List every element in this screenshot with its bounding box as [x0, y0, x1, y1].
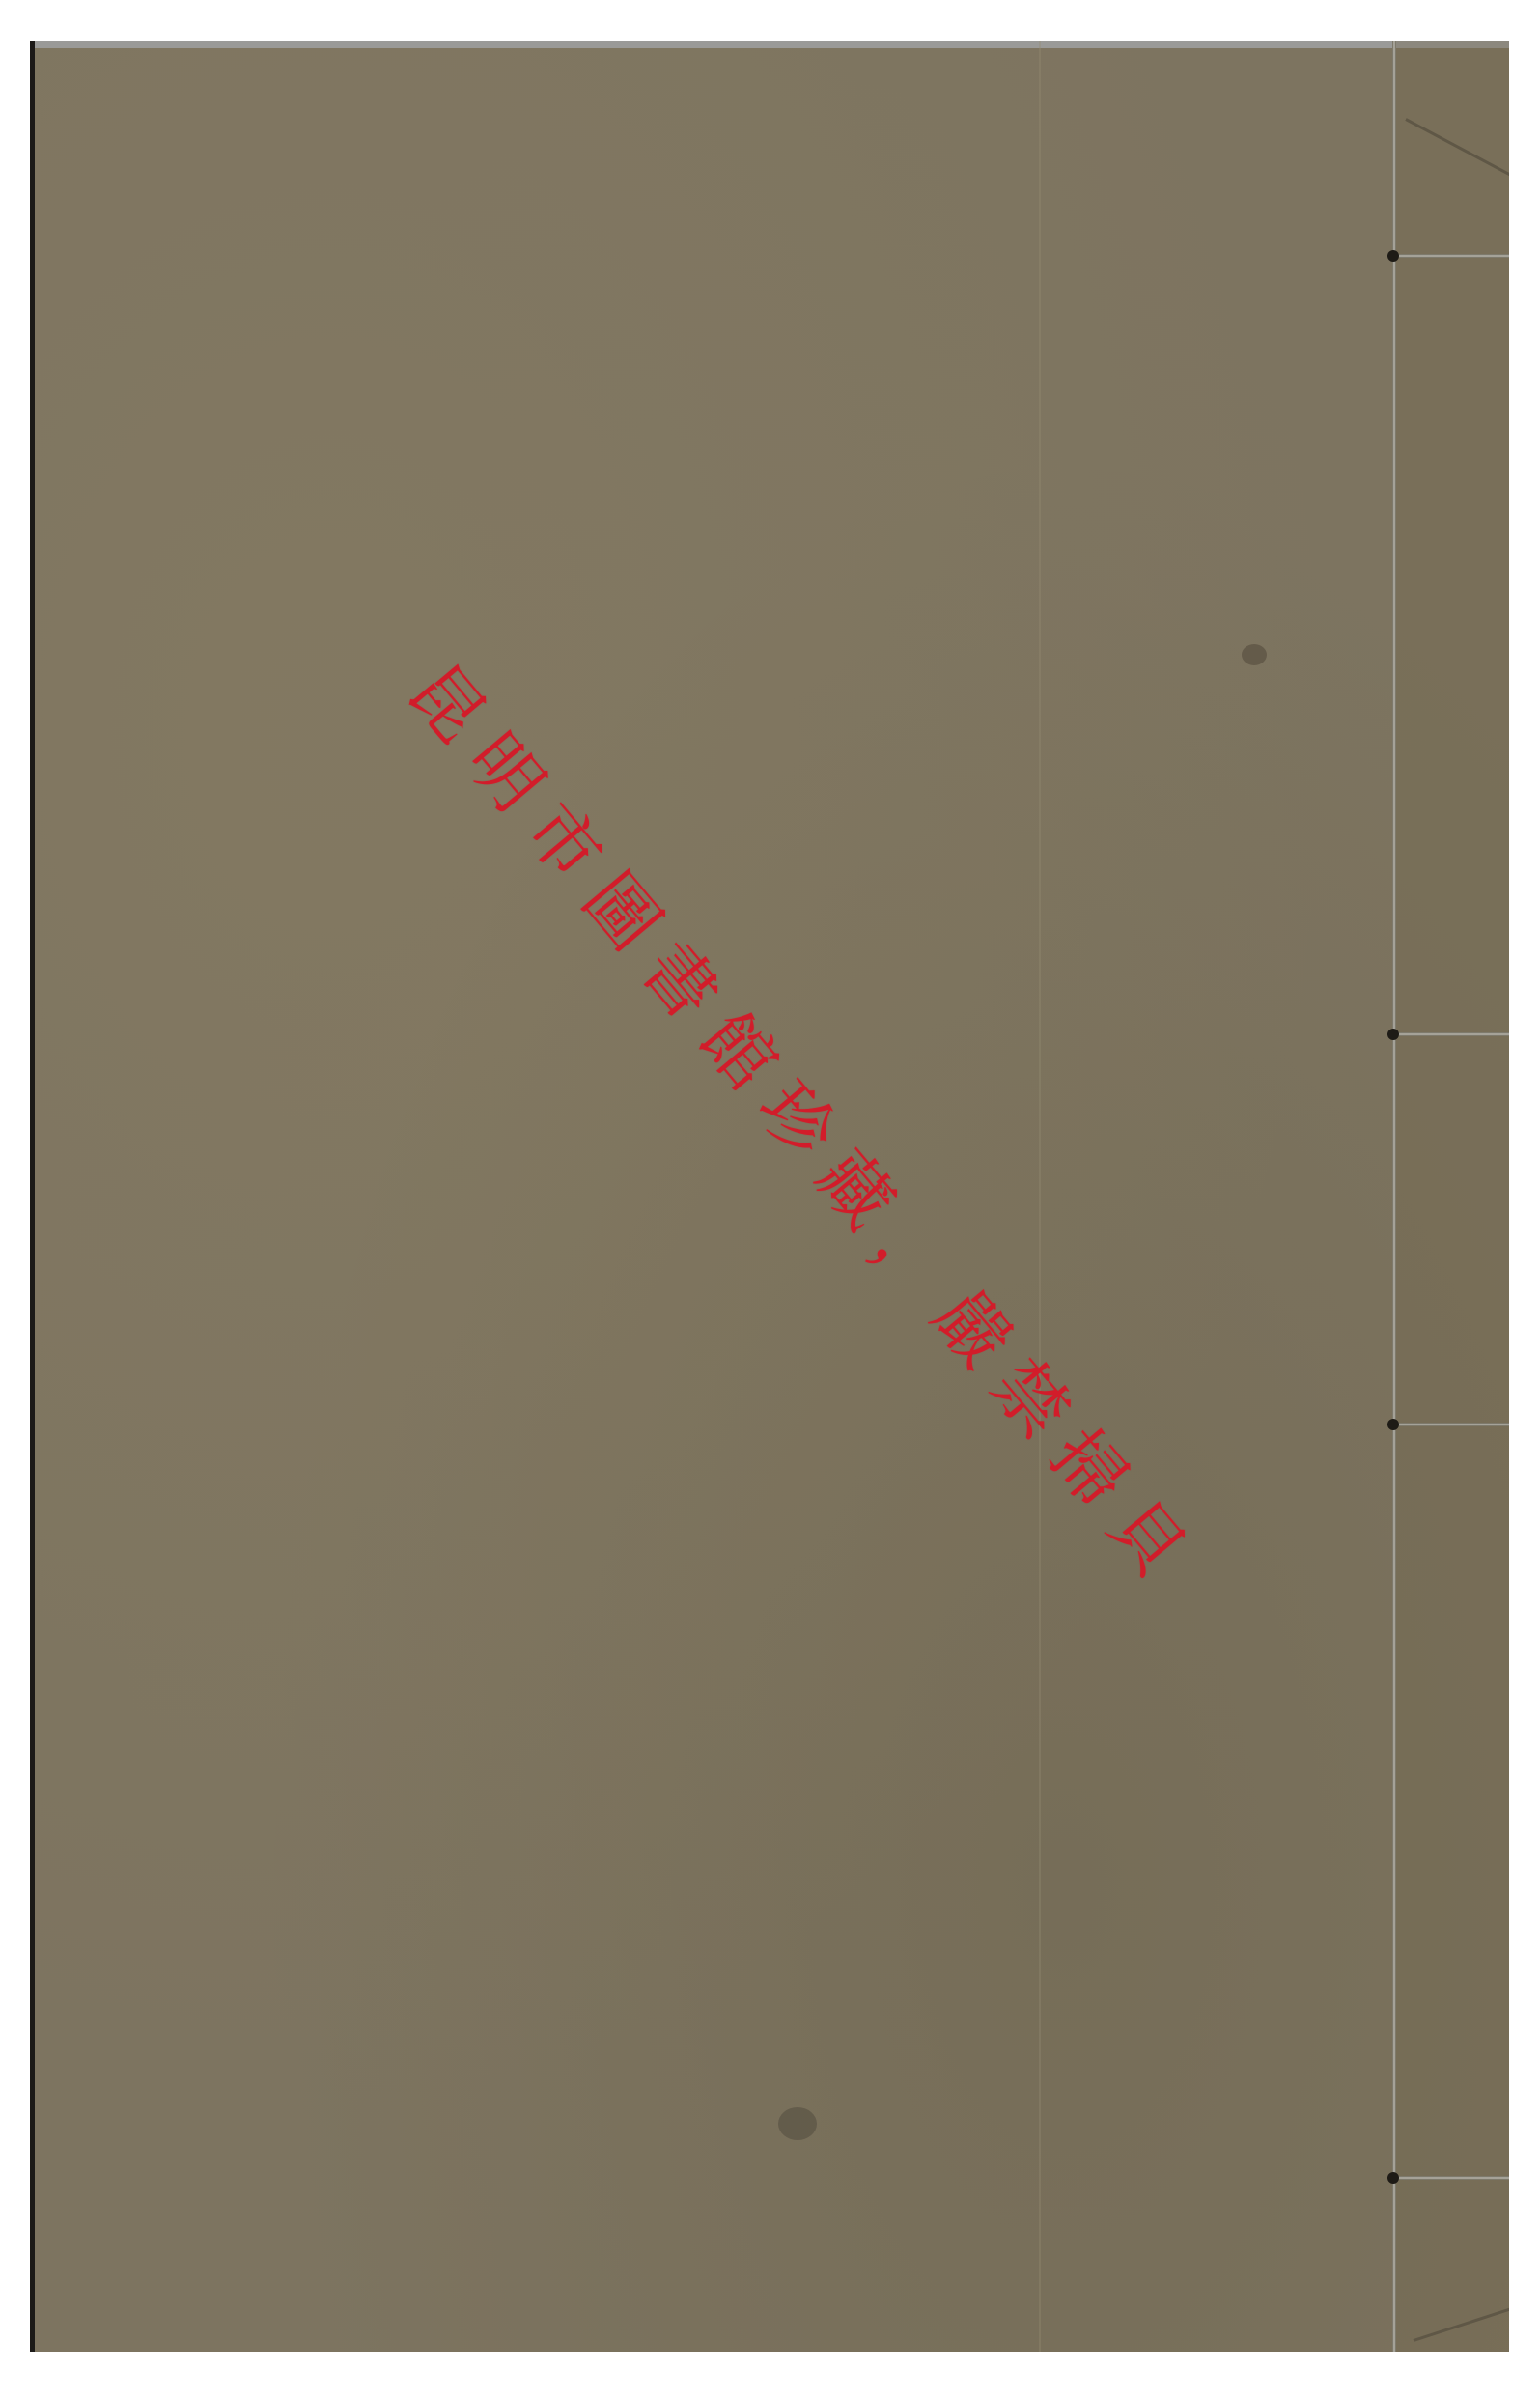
library-watermark: 昆明市圖書館珍藏，嚴禁掃貝: [389, 639, 1226, 1609]
stitch-hole: [1387, 250, 1399, 262]
stitch-hole: [1387, 1029, 1399, 1040]
binding-thread-horizontal: [1396, 1423, 1509, 1426]
paper-fold-line: [1039, 41, 1041, 2352]
binding-spine-strip: [1394, 41, 1509, 2352]
stitch-hole: [1387, 1419, 1399, 1430]
binding-thread-vertical: [1392, 41, 1396, 2352]
ink-stain: [1242, 644, 1267, 665]
paper-stain: [778, 2107, 817, 2140]
stitch-hole: [1387, 2172, 1399, 2184]
binding-thread-horizontal: [1396, 1032, 1509, 1036]
page-top-edge: [35, 41, 1509, 48]
scanned-page: 昆明市圖書館珍藏，嚴禁掃貝: [30, 41, 1509, 2352]
binding-thread-horizontal: [1396, 254, 1509, 258]
binding-thread-horizontal: [1396, 2176, 1509, 2180]
